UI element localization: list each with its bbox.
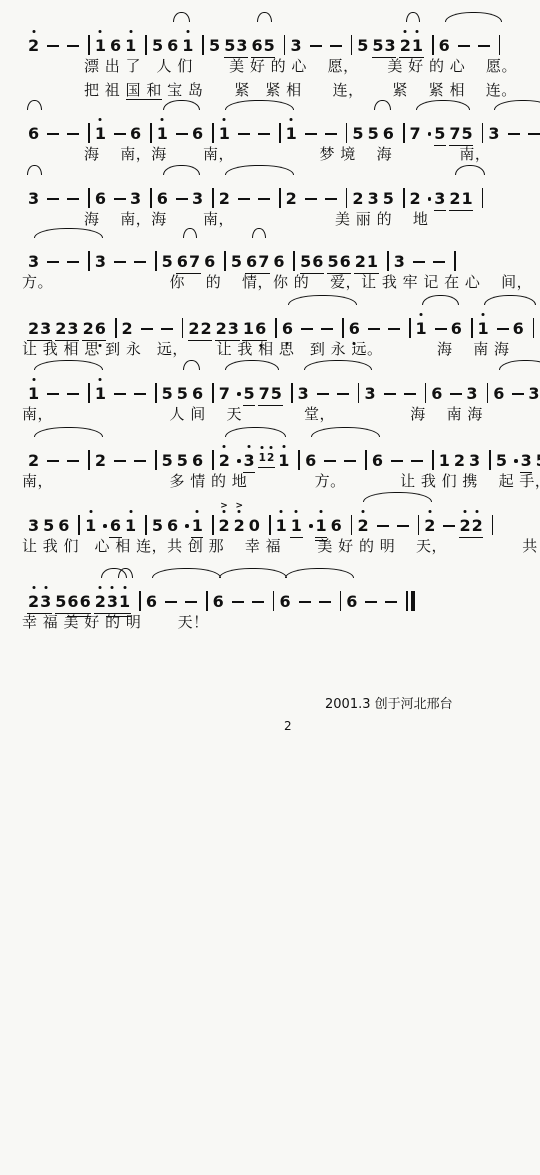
beam-underline [312, 273, 324, 274]
note-digit: 1 [259, 452, 266, 465]
slur-tie-arc [183, 228, 197, 238]
beam-underline [520, 472, 532, 473]
note: 5 [43, 516, 54, 535]
note-digit: 7 [410, 124, 421, 143]
octave-dot-above [123, 586, 126, 589]
note: 6 [80, 592, 91, 611]
octave-dot-above [280, 510, 283, 513]
note-digit: 1 [478, 319, 489, 338]
barline [279, 188, 281, 208]
beam-underline [461, 145, 473, 146]
note: 6 [255, 319, 266, 338]
barline [212, 123, 214, 143]
note-digit: 1 [95, 384, 106, 403]
barline [155, 383, 157, 403]
lyric-segment: 南， 人 间 天 堂， 海 南 海 [22, 405, 483, 423]
note-digit: 1 [125, 516, 136, 535]
duration-dash [238, 198, 250, 200]
note: 5 [177, 451, 188, 470]
barline [212, 188, 214, 208]
note: 6 [146, 592, 157, 611]
note-digit: 5 [177, 384, 188, 403]
beam-underline [242, 340, 254, 341]
duration-dash [368, 328, 380, 330]
note-digit: 2 [216, 319, 227, 338]
note: 6 [167, 516, 178, 535]
note-digit: 6 [130, 124, 141, 143]
duration-dash [512, 393, 524, 395]
duration-dash [478, 45, 490, 47]
note-digit: 6 [110, 36, 121, 55]
note: 2 [83, 319, 94, 338]
slur-tie-arc [34, 427, 103, 437]
duration-dash [325, 133, 337, 135]
note: 1 [462, 189, 473, 208]
note-digit: 1 [182, 36, 193, 55]
note-digit: 5 [383, 189, 394, 208]
note: 3 [192, 189, 203, 208]
octave-dot-above [99, 30, 102, 33]
beam-underline [258, 405, 270, 406]
duration-dash [258, 198, 270, 200]
notes-row: 115567575336363 [22, 357, 532, 403]
barline [454, 251, 456, 271]
note-digit: 3 [28, 516, 39, 535]
note: 5 [496, 451, 507, 470]
duration-dash [67, 460, 79, 462]
barline [115, 318, 117, 338]
duration-dash [413, 261, 425, 263]
note-digit: 6 [493, 384, 504, 403]
note-digit: 5 [357, 36, 368, 55]
octave-dot-above [416, 30, 419, 33]
octave-dot-above [129, 30, 132, 33]
beam-underline-2 [106, 616, 118, 617]
note: 3 [67, 319, 78, 338]
note: 2 [400, 36, 411, 55]
barline [346, 123, 348, 143]
slur-tie-arc [406, 12, 420, 22]
note: 2 [219, 451, 230, 470]
note-digit: 7 [259, 384, 270, 403]
note-digit: 5 [300, 252, 311, 271]
note-digit: 3 [244, 451, 255, 470]
beam-underline [471, 537, 483, 538]
note: 1 [95, 124, 106, 143]
beam-underline [215, 340, 227, 341]
note-digit: 5 [224, 36, 235, 55]
note-digit: 6 [279, 592, 290, 611]
note-digit: 5 [368, 124, 379, 143]
beam-underline [82, 340, 94, 341]
score-system: 2161561553653553216 漂 出 了 人 们 美 好 的 心 愿，… [22, 9, 532, 103]
barline [279, 123, 281, 143]
note-digit: 5 [352, 124, 363, 143]
duration-dash [310, 45, 322, 47]
note: 3 [236, 36, 247, 55]
barline [365, 450, 367, 470]
octave-dot-above [89, 510, 92, 513]
notes-row: 2323262222316661616 [22, 292, 532, 338]
note: 6 [246, 252, 257, 271]
octave-dot-above [223, 445, 226, 448]
note-digit: 6 [95, 189, 106, 208]
note-digit: 6 [192, 384, 203, 403]
octave-dot-above [32, 378, 35, 381]
note: 5 [536, 451, 540, 470]
note: 2 [28, 319, 39, 338]
note-digit: 3 [434, 189, 445, 208]
duration-dash [67, 133, 79, 135]
slur-tie-arc [173, 12, 190, 22]
note-digit: 1 [412, 36, 423, 55]
duration-dash [114, 133, 126, 135]
beam-underline [55, 340, 67, 341]
grace-note: 2 [267, 452, 274, 465]
barline [275, 318, 277, 338]
note: 6 [451, 319, 462, 338]
augmentation-dot [428, 197, 432, 201]
note-digit: 6 [431, 384, 442, 403]
beam-underline [191, 537, 203, 538]
note-digit: 6 [439, 36, 450, 55]
note: 5 [162, 384, 173, 403]
note: 2> [219, 516, 230, 535]
note-digit: 2 [28, 36, 39, 55]
note: 5 [372, 36, 383, 55]
augmentation-dot [514, 459, 518, 463]
duration-dash [385, 601, 397, 603]
barline [403, 188, 405, 208]
note: 3 [28, 252, 39, 271]
duration-dash [67, 261, 79, 263]
lyric-segment: 海 南，海 南， 梦 境 海 南， [22, 145, 490, 163]
octave-dot-above [99, 586, 102, 589]
barline [88, 450, 90, 470]
octave-dot-below [286, 342, 289, 345]
note: 7 [258, 252, 269, 271]
note: 3 [228, 319, 239, 338]
note-digit: 3 [528, 384, 539, 403]
note-digit: 2 [28, 319, 39, 338]
slur-tie-arc [225, 427, 286, 437]
beam-underline-2 [315, 540, 327, 541]
note-digit: 7 [258, 252, 269, 271]
note: 6 [130, 124, 141, 143]
duration-dash [114, 393, 126, 395]
note-digit: 6 [340, 252, 351, 271]
duration-dash [319, 601, 331, 603]
note: 7 [219, 384, 230, 403]
note: 2 [472, 516, 483, 535]
augmentation-dot [185, 524, 189, 528]
note: 3 [466, 384, 477, 403]
note-digit: 5 [271, 384, 282, 403]
barline [425, 383, 427, 403]
note-digit: 6 [28, 124, 39, 143]
note: 5 [177, 384, 188, 403]
beam-underline [224, 57, 236, 58]
duration-dash [411, 460, 423, 462]
note-digit: 2 [424, 516, 435, 535]
barline [298, 450, 300, 470]
note-digit: 1 [462, 189, 473, 208]
duration-dash [404, 393, 416, 395]
note-digit: 6 [192, 124, 203, 143]
note: 1 [412, 36, 423, 55]
slur-tie-arc [422, 295, 459, 305]
note-digit: 1 [28, 384, 39, 403]
note: 2 [355, 252, 366, 271]
barline [351, 35, 353, 55]
duration-dash [365, 601, 377, 603]
note-digit: 3 [394, 252, 405, 271]
note-digit: 6 [255, 319, 266, 338]
slur-tie-arc [494, 100, 540, 110]
note: 3 [364, 384, 375, 403]
note-digit: 1 [219, 124, 230, 143]
beam-underline [327, 273, 339, 274]
note: 7 [449, 124, 460, 143]
barline [150, 123, 152, 143]
barline [206, 591, 208, 611]
lyric-segment: 漂 出 了 人 们 美 好 的 心 愿， 美 好 的 心 愿。 [22, 57, 517, 75]
note: 2 [28, 36, 39, 55]
barline [273, 591, 275, 611]
barline [482, 188, 484, 208]
slur-tie-arc [34, 228, 103, 238]
barline [409, 318, 411, 338]
note-digit: 6 [282, 319, 293, 338]
notes-row: 2161561553653553216 [22, 9, 532, 55]
slur-tie-arc [163, 165, 200, 175]
beam-underline [243, 405, 255, 406]
note-digit: 1 [125, 36, 136, 55]
note: 5 [357, 36, 368, 55]
note-digit: 6 [204, 252, 215, 271]
duration-dash [397, 525, 409, 527]
beam-underline [366, 273, 378, 274]
note: 6 [192, 124, 203, 143]
note: 3 [28, 516, 39, 535]
barline [342, 318, 344, 338]
barline [418, 515, 420, 535]
duration-dash [67, 393, 79, 395]
barline [212, 383, 214, 403]
note-digit: 5 [462, 124, 473, 143]
octave-dot-above [362, 510, 365, 513]
barline [145, 35, 147, 55]
score: 2161561553653553216 漂 出 了 人 们 美 好 的 心 愿，… [0, 0, 540, 1175]
duration-dash [321, 328, 333, 330]
barline [340, 591, 342, 611]
note: 5 [152, 516, 163, 535]
beam-underline [315, 537, 327, 538]
score-system: 3561615612>2>011162222让 我 们 心 相 连，共 创 那 … [22, 489, 532, 559]
note-digit: 2 [286, 189, 297, 208]
note: 6 [110, 36, 121, 55]
barline [88, 188, 90, 208]
note: 2 [95, 592, 106, 611]
note-digit: 2 [219, 516, 230, 535]
octave-dot-above [290, 118, 293, 121]
barline [432, 35, 434, 55]
note-digit: 6 [192, 451, 203, 470]
note: 7 [189, 252, 200, 271]
duration-dash [384, 393, 396, 395]
duration-dash [176, 133, 188, 135]
note-digit: 6 [305, 451, 316, 470]
beam-underline-2 [118, 616, 130, 617]
barline [499, 35, 501, 55]
beam-underline [461, 210, 473, 211]
note: 3 [290, 36, 301, 55]
beam-underline [258, 467, 267, 468]
barline [487, 383, 489, 403]
composition-credit: 2001.3 创于河北邢台 [325, 693, 453, 712]
barline [291, 383, 293, 403]
note: 1 [95, 36, 106, 55]
beam-underline [67, 613, 79, 614]
slur-tie-arc [445, 12, 503, 22]
octave-dot-above [32, 586, 35, 589]
note-digit: 2 [219, 189, 230, 208]
note: 6 [58, 516, 69, 535]
note-digit: 5 [372, 36, 383, 55]
grace-note: 1 [259, 452, 266, 465]
note-digit: 1 [95, 36, 106, 55]
note: 3 [368, 189, 379, 208]
note-digit: 6 [349, 319, 360, 338]
barline [139, 591, 141, 611]
duration-dash [134, 460, 146, 462]
note-digit: 3 [40, 319, 51, 338]
note: 6 [346, 592, 357, 611]
note: 6 [192, 451, 203, 470]
note-digit: 5 [434, 124, 445, 143]
note-digit: 6 [251, 36, 262, 55]
score-system: 235662316666幸 福 美 好 的 明 天！ [22, 565, 532, 635]
note-digit: 3 [290, 36, 301, 55]
note: 5 [434, 124, 445, 143]
octave-dot-above [404, 30, 407, 33]
note: 6 [282, 319, 293, 338]
duration-dash [391, 460, 403, 462]
barline [155, 450, 157, 470]
note-digit: 1 [367, 252, 378, 271]
note-digit: 2 [219, 451, 230, 470]
note-digit: 6 [312, 252, 323, 271]
note: 5 [152, 36, 163, 55]
note: 2 [454, 451, 465, 470]
note: 3 [107, 592, 118, 611]
notes-row: 3561615612>2>011162222 [22, 489, 532, 535]
note-digit: 1 [243, 319, 254, 338]
note-digit: 3 [521, 451, 532, 470]
note: 1 [367, 252, 378, 271]
note: 2 [188, 319, 199, 338]
note-digit: 2 [95, 592, 106, 611]
beam-underline [263, 57, 275, 58]
note: 6 [439, 36, 450, 55]
octave-dot-above [482, 313, 485, 316]
note-digit: 2 [188, 319, 199, 338]
note-digit: 5 [244, 384, 255, 403]
note: 1 [286, 124, 297, 143]
duration-dash [134, 393, 146, 395]
score-system: 616161155675753 海 南，海 南， 梦 境 海 南， [22, 97, 532, 167]
octave-dot-above [223, 118, 226, 121]
note-digit: 7 [189, 252, 200, 271]
note-digit: 2 [459, 516, 470, 535]
octave-dot-below [259, 344, 262, 347]
note: 2> [234, 516, 245, 535]
duration-dash [388, 328, 400, 330]
barline [224, 251, 226, 271]
barline [403, 123, 405, 143]
barline [182, 318, 184, 338]
note-digit: 5 [43, 516, 54, 535]
note-digit: 3 [368, 189, 379, 208]
barline [202, 35, 204, 55]
note: 5 [231, 252, 242, 271]
barline [145, 515, 147, 535]
note-digit: 3 [130, 189, 141, 208]
note-digit: 1 [119, 592, 130, 611]
note-digit: 7 [449, 124, 460, 143]
note-digit: 5 [231, 252, 242, 271]
note: 6 [157, 189, 168, 208]
octave-dot-above [99, 378, 102, 381]
duration-dash [443, 525, 455, 527]
note-digit: 1 [95, 124, 106, 143]
lyric-row: 让 我 们 心 相 连，共 创 那 幸 福 美 好 的 明 天， 共 创 [22, 537, 532, 559]
note: 1 [192, 516, 203, 535]
beam-underline [372, 57, 384, 58]
octave-dot-above [248, 445, 251, 448]
slur-tie-arc [484, 295, 537, 305]
slur-tie-arc [163, 100, 200, 110]
duration-dash [258, 133, 270, 135]
note: 1 [316, 516, 327, 535]
note: 2 [424, 516, 435, 535]
slur-tie-arc [219, 568, 287, 578]
note-digit: 1 [157, 124, 168, 143]
note: 5 [55, 592, 66, 611]
notes-row: 33567656765656213 [22, 225, 532, 271]
note: 2 [449, 189, 460, 208]
beam-underline [236, 57, 248, 58]
note-digit: 2 [472, 516, 483, 535]
note-digit: 2 [234, 516, 245, 535]
beam-underline [67, 340, 79, 341]
note-digit: 5 [496, 451, 507, 470]
note: 1 [182, 36, 193, 55]
note-digit: 6 [80, 592, 91, 611]
note: 3 [130, 189, 141, 208]
barline [346, 188, 348, 208]
beam-underline [300, 273, 312, 274]
note-digit: 6 [513, 319, 524, 338]
note-digit: 1 [291, 516, 302, 535]
duration-dash [330, 45, 342, 47]
beam-underline [258, 273, 270, 274]
note: 2 [28, 592, 39, 611]
duration-dash [238, 133, 250, 135]
note: 2 [459, 516, 470, 535]
note-digit: 6 [110, 516, 121, 535]
duration-dash [114, 261, 126, 263]
